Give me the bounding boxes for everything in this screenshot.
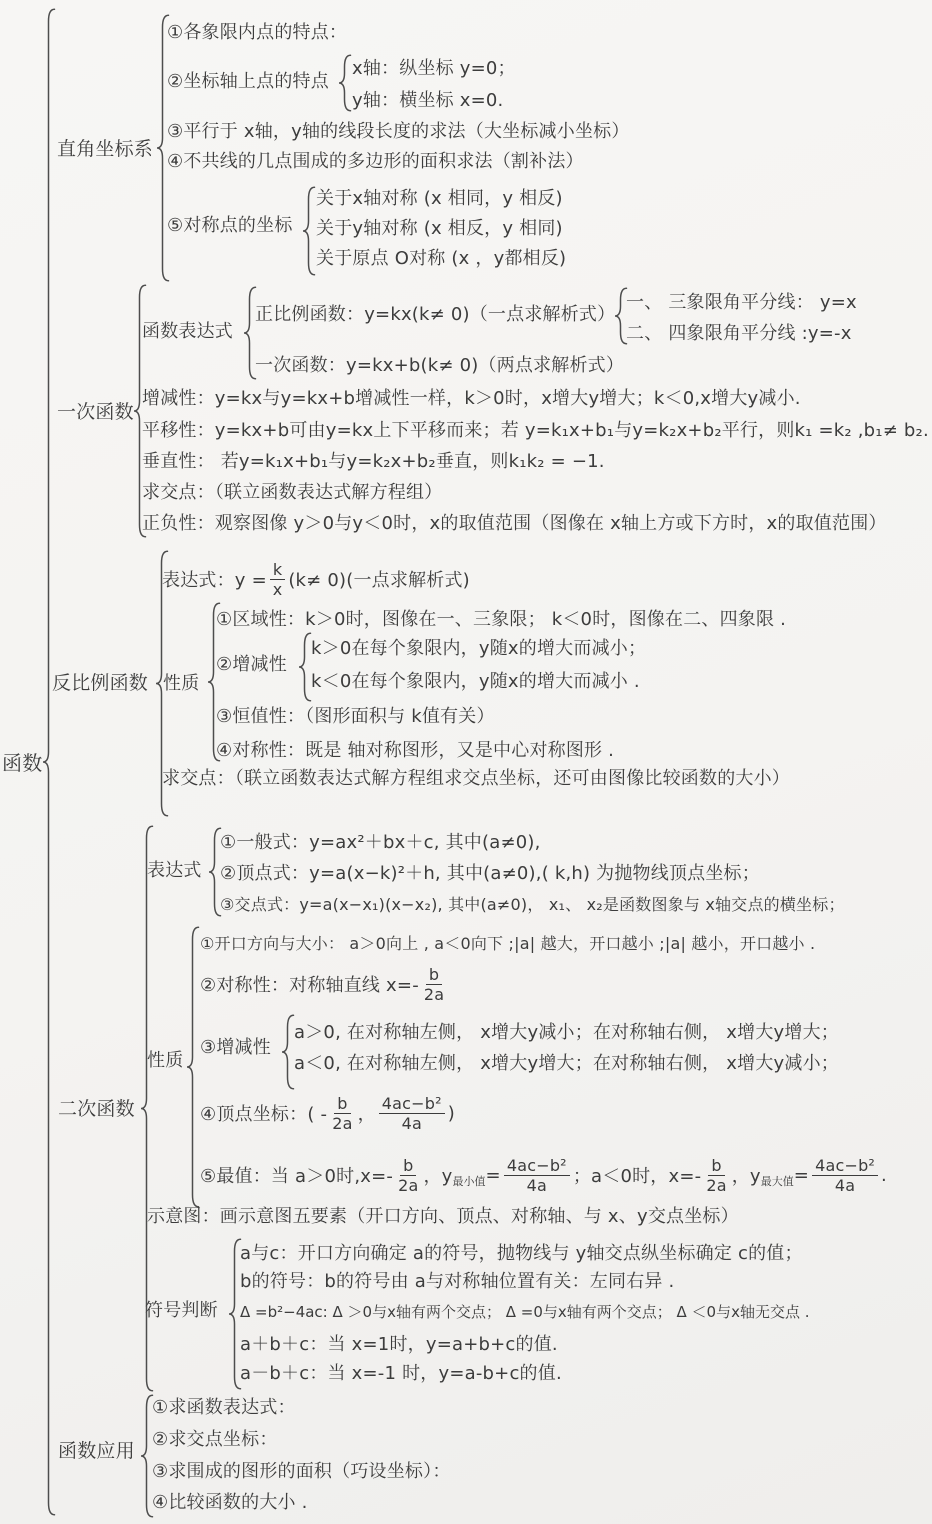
inverse-intersection: 求交点：（联立函数表达式解方程组求交点坐标，还可由图像比较函数的大小）	[162, 768, 790, 790]
application-item-4: ④比较函数的大小 .	[152, 1492, 308, 1514]
inverse-region: ①区域性：k＞0时，图像在一、三象限； k＜0时，图像在二、四象限 .	[216, 609, 786, 631]
axis-points-y: y轴：横坐标 x=0.	[352, 90, 503, 112]
sign-a-and-c: a与c：开口方向确定 a的符号，抛物线与 y轴交点纵坐标确定 c的值；	[240, 1243, 803, 1265]
rect-coord-item-5: ⑤对称点的坐标	[167, 215, 293, 237]
section-inverse-label: 反比例函数	[52, 672, 148, 694]
inverse-props-label: 性质	[163, 673, 199, 695]
mindmap-canvas: 函数 直角坐标系 ①各象限内点的特点： ②坐标轴上点的特点 x轴：纵坐标 y=0…	[0, 0, 932, 1524]
section-application-label: 函数应用	[58, 1440, 135, 1462]
symmetry-points-brace	[302, 186, 316, 276]
quadratic-symmetry-row: ②对称性：对称轴直线 x=- b 2a	[200, 960, 449, 1008]
quadratic-intercept-form: ③交点式：y=a(x−x₁)(x−x₂), 其中(a≠0)， x₁、 x₂是函数…	[220, 894, 845, 916]
quadratic-monotonicity-brace	[281, 1014, 295, 1090]
extremum-seg-1: ⑤最值：当 a＞0时,x=-	[200, 1162, 393, 1188]
bisector-line-1: 一、 三象限角平分线： y=x	[626, 292, 857, 314]
bisector-line-2: 二、 四象限角平分线 :y=-x	[626, 323, 852, 345]
inverse-constant-value: ③恒值性：（图形面积与 k值有关）	[216, 706, 495, 728]
quadratic-monotonicity-label: ③增减性	[200, 1037, 271, 1059]
extremum-seg-4: ；a＜0时，x=-	[573, 1162, 702, 1188]
rect-coord-item-2: ②坐标轴上点的特点	[167, 71, 329, 93]
quadratic-props-label: 性质	[147, 1050, 183, 1072]
section-linear-label: 一次函数	[57, 401, 134, 423]
symmetry-x-axis: 关于x轴对称 (x 相同，y 相反)	[316, 188, 563, 210]
inverse-expr-suffix: (k≠ 0)(一点求解析式)	[288, 566, 470, 592]
quadratic-monotonicity-apos: a＞0, 在对称轴左侧， x增大y减小；在对称轴右侧， x增大y增大；	[294, 1022, 839, 1044]
vertex-frac-1: b 2a	[330, 1094, 354, 1133]
quadratic-vertex-form: ②顶点式：y=a(x−k)²＋h, 其中(a≠0),( k,h) 为抛物线顶点坐…	[220, 863, 760, 885]
quadratic-props-brace	[186, 926, 200, 1208]
rect-coord-item-1: ①各象限内点的特点：	[167, 22, 347, 44]
section-rect-coord-brace	[156, 14, 170, 282]
sign-a-plus-b-plus-c: a＋b＋c：当 x=1时，y=a+b+c的值.	[240, 1334, 558, 1356]
extremum-seg-5: ，y	[732, 1162, 761, 1188]
linear-sign: 正负性：观察图像 y＞0与y＜0时，x的取值范围（图像在 x轴上方或下方时，x的…	[142, 513, 887, 535]
quadratic-general-form: ①一般式：y=ax²＋bx＋c, 其中(a≠0),	[220, 832, 541, 854]
rect-coord-item-3: ③平行于 x轴，y轴的线段长度的求法（大坐标减小坐标）	[167, 121, 630, 143]
extremum-seg-7: .	[881, 1165, 887, 1186]
sign-a-minus-b-plus-c: a－b＋c：当 x=-1 时，y=a-b+c的值.	[240, 1363, 562, 1385]
application-item-2: ②求交点坐标：	[152, 1429, 278, 1451]
axis-points-x: x轴：纵坐标 y=0；	[352, 58, 516, 80]
sign-discriminant: Δ =b²−4ac: Δ ＞0与x轴有两个交点； Δ =0与x轴有两个交点； Δ…	[240, 1301, 810, 1323]
application-item-3: ③求围成的图形的面积（巧设坐标）：	[152, 1461, 451, 1483]
sign-judgement-label: 符号判断	[145, 1300, 218, 1322]
quadratic-opening: ①开口方向与大小： a＞0向上 , a＜0向下 ;|a| 越大，开口越小 ;|a…	[200, 933, 815, 955]
symmetry-y-axis: 关于y轴对称 (x 相反，y 相同)	[316, 218, 563, 240]
extremum-seg-6: =	[794, 1165, 809, 1186]
extremum-seg-3: =	[486, 1165, 501, 1186]
vertex-comma: ，	[358, 1100, 376, 1126]
extremum-frac-3: b 2a	[704, 1156, 728, 1195]
proportional-function-line: 正比例函数：y=kx(k≠ 0)（一点求解析式）	[255, 304, 615, 326]
linear-translation: 平移性：y=kx+b可由y=kx上下平移而来；若 y=k₁x+b₁与y=k₂x+…	[142, 420, 929, 442]
vertex-prefix: ④顶点坐标：( -	[200, 1100, 327, 1126]
inverse-expression-row: 表达式：y = k x (k≠ 0)(一点求解析式)	[162, 556, 470, 602]
section-rect-coord-label: 直角坐标系	[57, 138, 153, 160]
section-quadratic-label: 二次函数	[58, 1098, 135, 1120]
quadratic-monotonicity-aneg: a＜0, 在对称轴左侧， x增大y增大；在对称轴右侧， x增大y减小；	[294, 1053, 839, 1075]
min-value-subscript: 最小值	[453, 1173, 486, 1189]
quadratic-sketch: 示意图：画示意图五要素（开口方向、顶点、对称轴、与 x、y交点坐标）	[147, 1206, 739, 1228]
linear-function-line: 一次函数：y=kx+b(k≠ 0)（两点求解析式）	[255, 355, 624, 377]
inverse-symmetry: ④对称性：既是 轴对称图形，又是中心对称图形 .	[216, 740, 614, 762]
linear-monotonicity: 增减性：y=kx与y=kx+b增减性一样，k＞0时，x增大y增大；k＜0,x增大…	[142, 388, 801, 410]
k-over-x-fraction: k x	[270, 560, 285, 599]
axis-points-brace	[338, 54, 352, 112]
vertex-frac-2: 4ac−b² 4a	[379, 1094, 445, 1133]
sign-b: b的符号：b的符号由 a与对称轴位置有关：左同右异 .	[240, 1271, 674, 1293]
linear-intersection: 求交点：（联立函数表达式解方程组）	[142, 482, 442, 504]
quadratic-extremum-row: ⑤最值：当 a＞0时,x=- b 2a ，y 最小值 = 4ac−b² 4a ；…	[200, 1148, 887, 1202]
quadratic-expr-label: 表达式	[147, 860, 202, 882]
extremum-frac-1: b 2a	[396, 1156, 420, 1195]
inverse-expr-prefix: 表达式：y =	[162, 566, 267, 592]
quadratic-vertex-row: ④顶点坐标：( - b 2a ， 4ac−b² 4a )	[200, 1088, 455, 1138]
extremum-frac-2: 4ac−b² 4a	[504, 1156, 570, 1195]
linear-perpendicular: 垂直性： 若y=k₁x+b₁与y=k₂x+b₂垂直，则k₁k₂ = −1.	[142, 451, 605, 473]
linear-expr-label: 函数表达式	[142, 321, 233, 343]
application-item-1: ①求函数表达式：	[152, 1397, 296, 1419]
inverse-monotonicity-kneg: k＜0在每个象限内，y随x的增大而减小 .	[311, 671, 640, 693]
inverse-monotonicity-brace	[298, 632, 312, 702]
inverse-monotonicity-label: ②增减性	[216, 654, 287, 676]
rect-coord-item-4: ④不共线的几点围成的多边形的面积求法（割补法）	[167, 151, 584, 173]
extremum-frac-4: 4ac−b² 4a	[812, 1156, 878, 1195]
max-value-subscript: 最大值	[761, 1173, 794, 1189]
root-brace	[42, 8, 56, 1516]
b-over-2a-fraction: b 2a	[422, 965, 446, 1004]
root-label: 函数	[2, 752, 42, 774]
extremum-seg-2: ，y	[423, 1162, 452, 1188]
inverse-monotonicity-kpos: k＞0在每个象限内，y随x的增大而减小；	[311, 638, 646, 660]
symmetry-origin: 关于原点 O对称 (x ，y都相反)	[316, 248, 566, 270]
vertex-suffix: )	[448, 1103, 455, 1124]
quadratic-symmetry-prefix: ②对称性：对称轴直线 x=-	[200, 971, 419, 997]
